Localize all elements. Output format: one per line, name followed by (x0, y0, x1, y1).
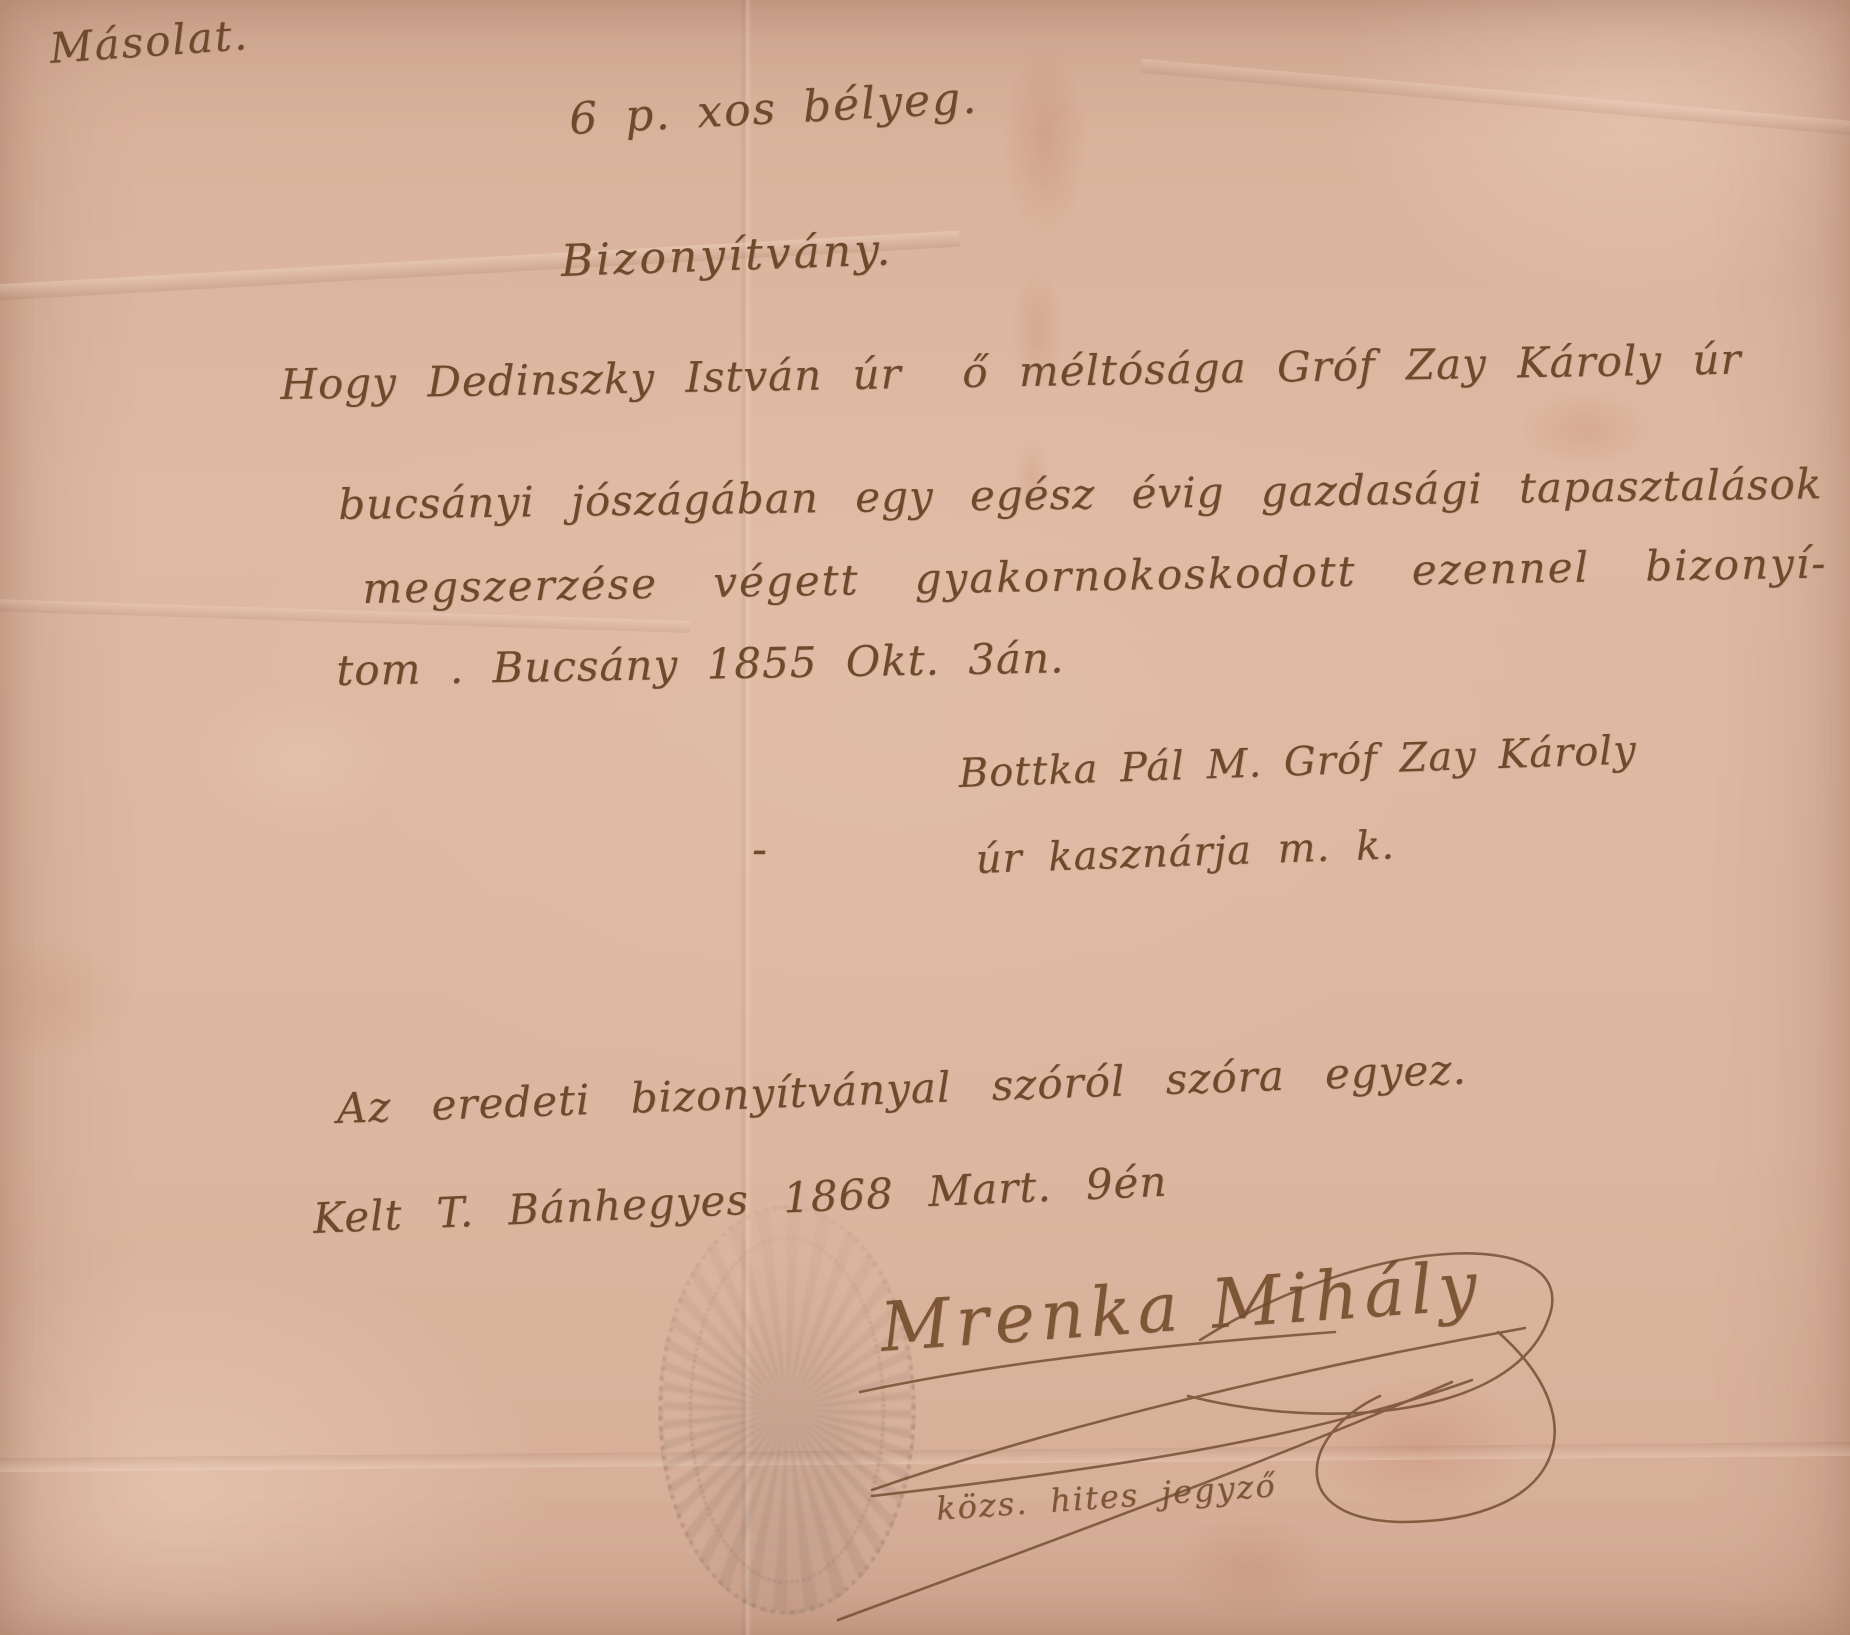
body-line-1: Hogy Dedinszky István úr ő méltósága Gró… (280, 336, 1742, 408)
body-line-4: tom . Bucsány 1855 Okt. 3án. (336, 635, 1065, 694)
document-title: Bizonyítvány. (560, 226, 894, 286)
steward-signature-line2: úr kasznárja m. k. (975, 823, 1396, 882)
section-separator-dash: - (752, 826, 767, 874)
steward-signature-line1: Bottka Pál M. Gróf Zay Károly (958, 728, 1637, 796)
notary-title: közs. hites jegyző (935, 1468, 1278, 1527)
attestation-line: Az eredeti bizonyítványal szóról szóra e… (336, 1047, 1467, 1133)
official-seal-stamp (658, 1205, 916, 1615)
paper-crease-top-right (1141, 59, 1850, 139)
signature-flourish (0, 0, 1850, 1635)
body-line-2: bucsányi jószágában egy egész évig gazda… (338, 461, 1823, 528)
document-page: Másolat. 6 p. xos bélyeg. Bizonyítvány. … (0, 0, 1850, 1635)
stamp-duty-note: 6 p. xos bélyeg. (568, 75, 979, 145)
copy-label: Másolat. (48, 12, 250, 72)
body-line-3: megszerzése végett gyakornokoskodott eze… (362, 540, 1828, 612)
paper-crease-bottom (0, 1442, 1850, 1472)
notary-signature: Mrenka Mihály (878, 1250, 1485, 1367)
